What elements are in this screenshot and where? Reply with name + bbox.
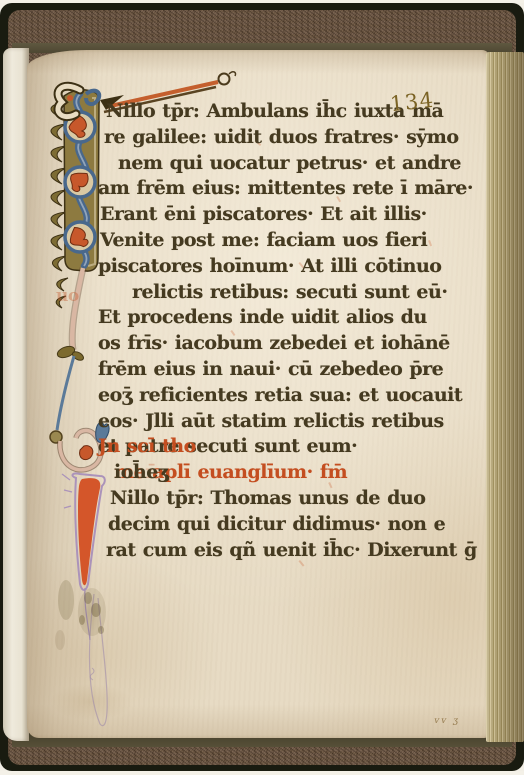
text-line: frēm eius in naui· cū zebedeo p̄re bbox=[98, 357, 464, 383]
text-segment: Venite post me: faciam uos fieri bbox=[100, 228, 427, 254]
text-segment: re galilee: uidit duos fratres· sȳmo bbox=[104, 125, 459, 151]
text-segment: relictis retibus: secuti sunt eū· bbox=[132, 280, 447, 306]
text-segment: am frēm eius: mittentes rete ī māre· bbox=[98, 176, 473, 202]
text-line: eos· Jlli aūt statim relictis retibus bbox=[98, 409, 464, 435]
text-segment: rat cum eis qñ uenit ih̄c· Dixerunt ḡ bbox=[106, 538, 477, 564]
text-segment: piscatores hoīnum· At illi cōtinuo bbox=[98, 254, 441, 280]
folio-number: 134 bbox=[389, 88, 436, 117]
text-line: re galilee: uidit duos fratres· sȳmo bbox=[98, 125, 464, 151]
text-line: rat cum eis qñ uenit ih̄c· Dixerunt ḡ bbox=[98, 538, 464, 564]
text-segment: eos· Jlli aūt statim relictis retibus bbox=[98, 409, 444, 435]
text-line: piscatores hoīnum· At illi cōtinuo bbox=[98, 254, 464, 280]
text-line: Erant ēni piscatores· Et ait illis· bbox=[98, 202, 464, 228]
gothic-text-block: Nillo tp̄r: Ambulans ih̄c iuxta māre gal… bbox=[98, 99, 464, 563]
text-segment: Et procedens inde uidit alios du bbox=[98, 305, 427, 331]
text-line: decim qui dicitur didimus· non e bbox=[98, 512, 464, 538]
rubric-segment: Jn scī tho bbox=[98, 434, 196, 460]
text-segment: os frīs· iacobum zebedei et iohānē bbox=[98, 331, 450, 357]
text-segment: Erant ēni piscatores· Et ait illis· bbox=[100, 202, 427, 228]
text-segment: eoʒ̄ reficientes retia sua: et uocauit bbox=[98, 383, 462, 409]
text-line: et patre secuti sunt eum· Jn scī tho bbox=[98, 434, 464, 460]
text-segment: ioh̄eʒ bbox=[114, 460, 168, 486]
text-line: me aplī euanglīum· fm̄ mar̄ ioh̄eʒ bbox=[98, 460, 464, 486]
text-line: Venite post me: faciam uos fieri bbox=[98, 228, 464, 254]
photo-border-top bbox=[0, 0, 524, 3]
facing-page-edge bbox=[3, 48, 29, 741]
quire-signature: vv ʒ bbox=[433, 716, 461, 726]
fore-edge-pages bbox=[486, 52, 524, 742]
manuscript-photo: Nillo tp̄r: Ambulans ih̄c iuxta māre gal… bbox=[0, 0, 524, 775]
text-line: nem qui uocatur petrus· et andre bbox=[98, 151, 464, 177]
ghost-offset-text: uo bbox=[56, 286, 79, 306]
text-line: Et procedens inde uidit alios du bbox=[98, 305, 464, 331]
text-line: eoʒ̄ reficientes retia sua: et uocauit bbox=[98, 383, 464, 409]
text-segment: decim qui dicitur didimus· non e bbox=[108, 512, 445, 538]
text-segment: frēm eius in naui· cū zebedeo p̄re bbox=[98, 357, 443, 383]
text-line: relictis retibus: secuti sunt eū· bbox=[98, 280, 464, 306]
text-line: Nillo tp̄r: Thomas unus de duo bbox=[98, 486, 464, 512]
photo-border-bottom bbox=[0, 771, 524, 775]
text-line: os frīs· iacobum zebedei et iohānē bbox=[98, 331, 464, 357]
text-segment: nem qui uocatur petrus· et andre bbox=[118, 151, 461, 177]
text-segment: Nillo tp̄r: Thomas unus de duo bbox=[110, 486, 425, 512]
text-line: am frēm eius: mittentes rete ī māre· bbox=[98, 176, 464, 202]
